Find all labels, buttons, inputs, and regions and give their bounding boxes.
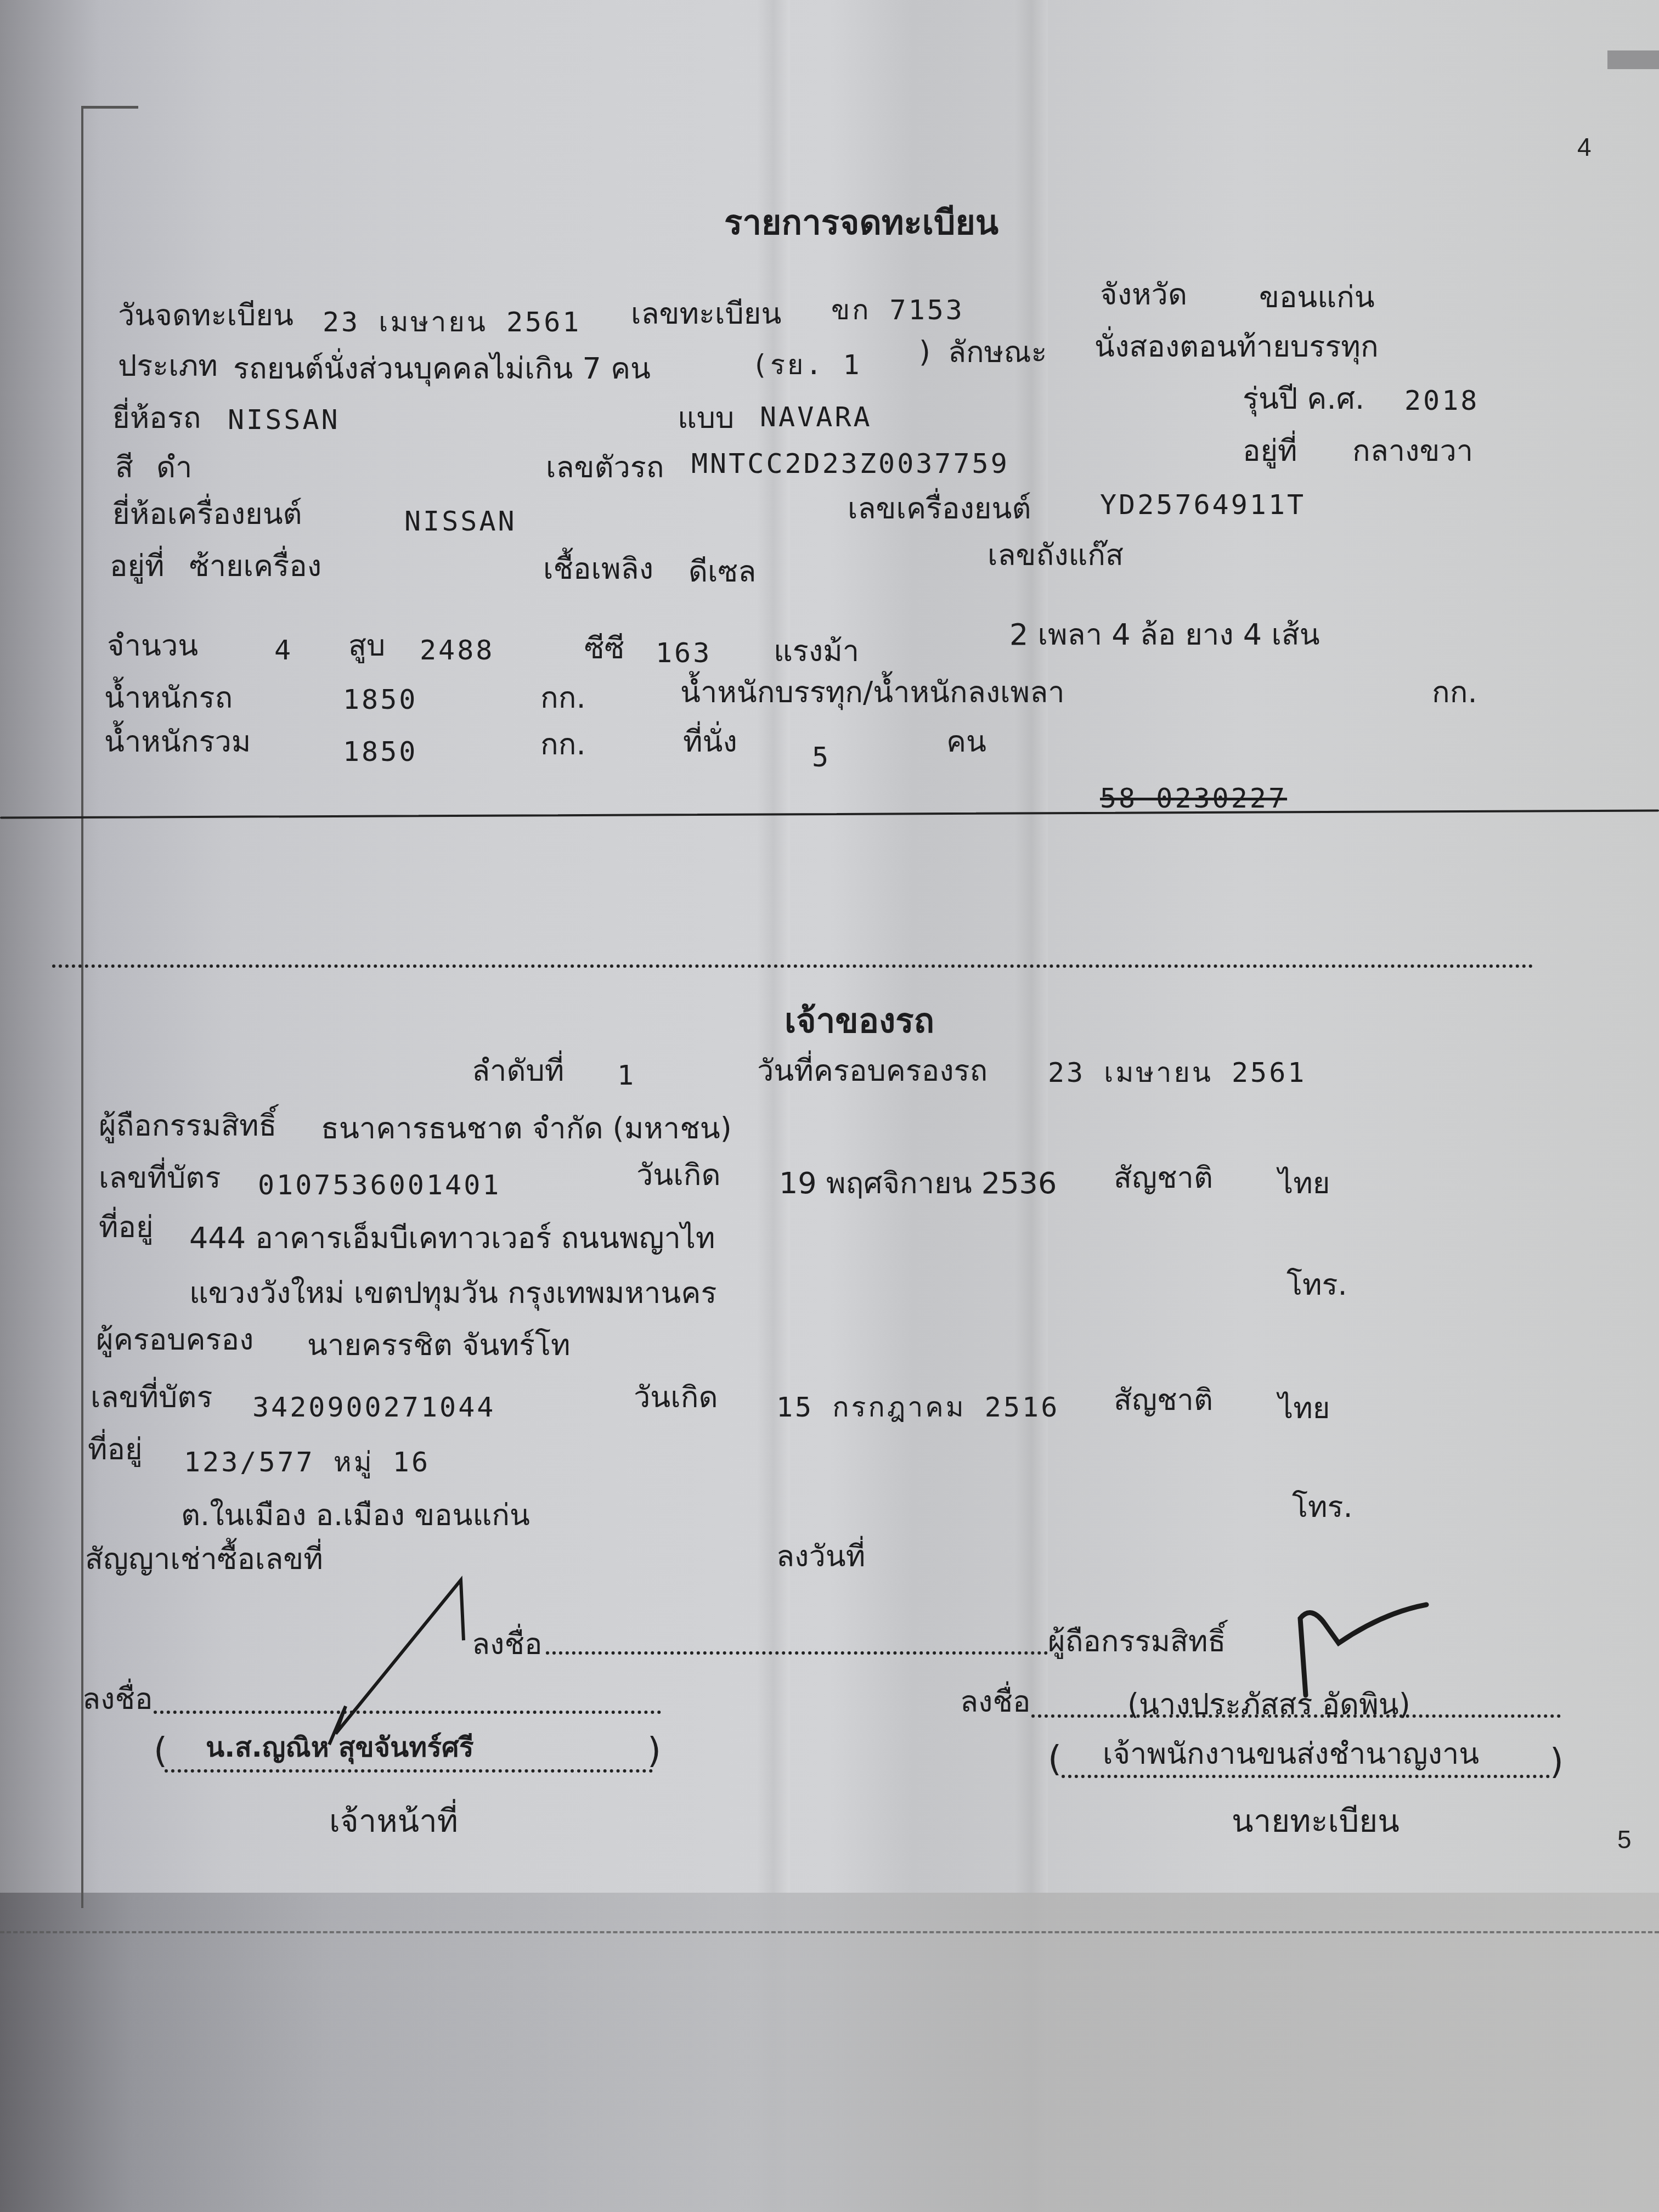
registrar-signature (1300, 1605, 1426, 1695)
handwritten-signatures (0, 0, 1659, 2212)
bottom-dashed-line (0, 1931, 1659, 1933)
officer-signature (329, 1580, 464, 1745)
